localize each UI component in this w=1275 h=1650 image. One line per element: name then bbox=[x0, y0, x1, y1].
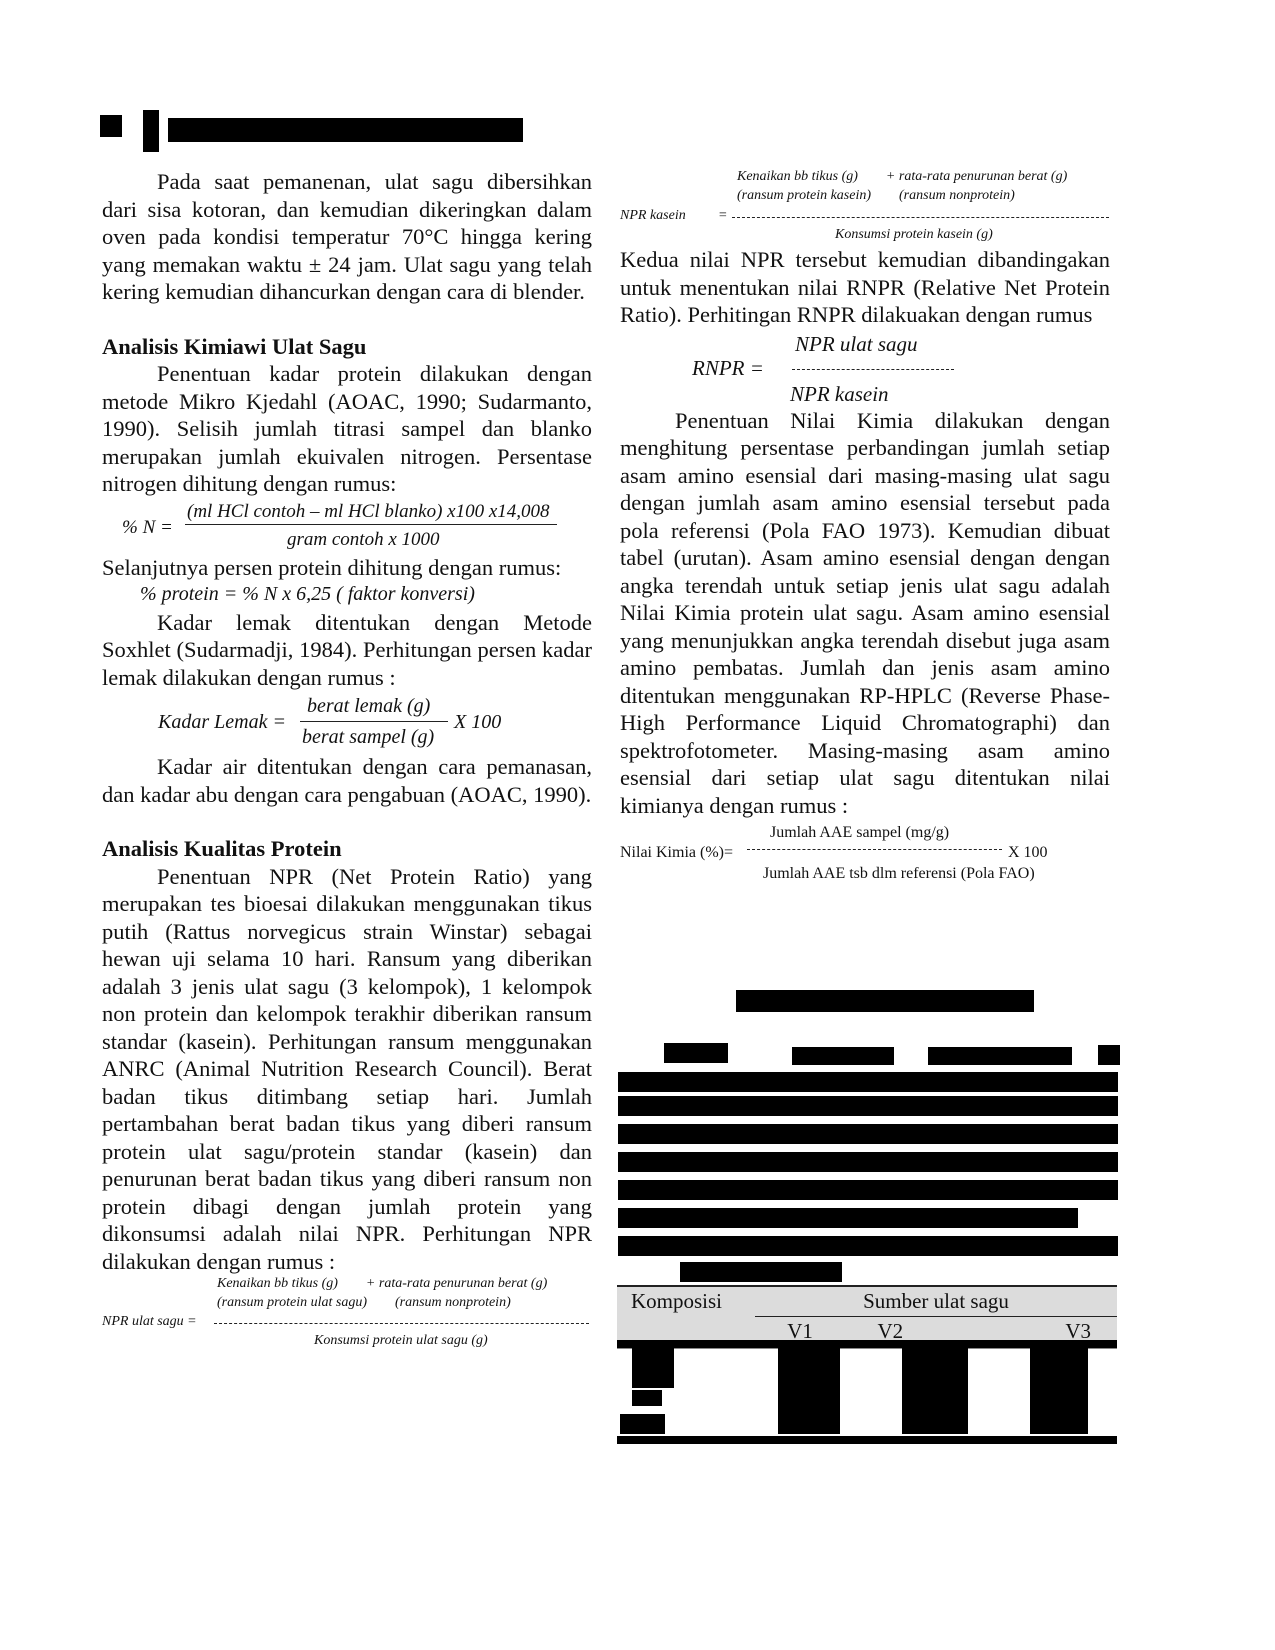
paragraph-nilai-kimia: Penentuan Nilai Kimia dilakukan dengan m… bbox=[620, 407, 1110, 820]
formula-npr-ulat-sagu: Kenaikan bb tikus (g) + rata-rata penuru… bbox=[102, 1275, 592, 1353]
paragraph-npr: Penentuan NPR (Net Protein Ratio) yang m… bbox=[102, 863, 592, 1276]
paragraph-rnpr: Kedua nilai NPR tersebut kemudian diband… bbox=[620, 246, 1110, 329]
paragraph-lemak: Kadar lemak ditentukan dengan Metode Sox… bbox=[102, 609, 592, 692]
table-header-komposisi: Komposisi bbox=[617, 1286, 755, 1317]
paragraph-air-abu: Kadar air ditentukan dengan cara pemanas… bbox=[102, 753, 592, 808]
section-heading-kimiawi: Analisis Kimiawi Ulat Sagu bbox=[102, 333, 592, 361]
header-square-marker bbox=[100, 115, 122, 137]
formula-kadar-lemak: Kadar Lemak = berat lemak (g) berat samp… bbox=[102, 691, 592, 753]
table-header-sumber: Sumber ulat sagu bbox=[755, 1286, 1117, 1317]
paragraph-persen-protein: Selanjutnya persen protein dihitung deng… bbox=[102, 554, 592, 582]
right-column: Kenaikan bb tikus (g) + rata-rata penuru… bbox=[620, 168, 1110, 885]
formula-npr-kasein: Kenaikan bb tikus (g) + rata-rata penuru… bbox=[620, 168, 1110, 246]
left-column: Pada saat pemanenan, ulat sagu dibersihk… bbox=[102, 168, 592, 1353]
formula-nilai-kimia: Jumlah AAE sampel (mg/g) Nilai Kimia (%)… bbox=[620, 819, 1110, 885]
formula-nitrogen: % N = (ml HCl contoh – ml HCl blanko) x1… bbox=[102, 498, 592, 554]
section-heading-kualitas-protein: Analisis Kualitas Protein bbox=[102, 835, 592, 863]
header-vertical-bar bbox=[143, 110, 159, 152]
intro-paragraph: Pada saat pemanenan, ulat sagu dibersihk… bbox=[102, 168, 592, 306]
formula-protein: % protein = % N x 6,25 ( faktor konversi… bbox=[102, 581, 592, 609]
paragraph-protein: Penentuan kadar protein dilakukan dengan… bbox=[102, 360, 592, 498]
running-header-redacted bbox=[168, 118, 523, 142]
formula-rnpr: NPR ulat sagu RNPR = NPR kasein bbox=[620, 329, 1110, 407]
